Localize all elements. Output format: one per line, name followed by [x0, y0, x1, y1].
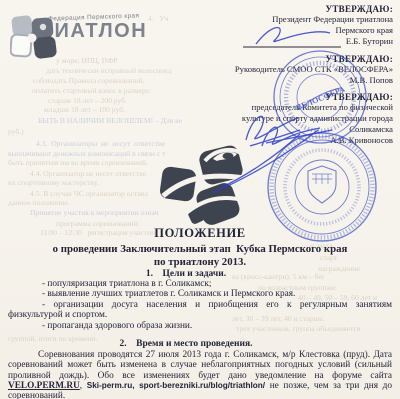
- bleed-text: соблюдать Правила соревнований,: [33, 76, 145, 85]
- bleed-text: оплатить стартовый взнос в размере:: [32, 86, 151, 95]
- list-item: - популяризация триатлона в г. Соликамск…: [8, 279, 392, 289]
- list-item: - пропаганда здорового образа жизни.: [8, 321, 392, 331]
- bleed-text: у море; НПЦ, ПФР: [56, 56, 117, 65]
- approve-label: УТВЕРЖДАЮ:: [143, 92, 393, 102]
- signer-name: Е.Б. Буторин: [143, 36, 393, 47]
- section-1-items: - популяризация триатлона в г. Соликамск…: [0, 279, 400, 331]
- approval-line: Пермского края: [143, 25, 393, 36]
- section-1-heading: 1. Цели и задачи.: [0, 269, 386, 279]
- bleed-text: 4.5. В случае ЧС организатор оставл: [30, 189, 148, 198]
- triathlon-emblem-icon: [155, 144, 257, 236]
- velo-perm-link: VELO.PERM.RU: [8, 381, 80, 391]
- bleed-text: их спортивному мастерству.: [8, 178, 99, 187]
- bleed-text: младше 18 лет – 100 руб.: [44, 105, 125, 114]
- federation-logo: [10, 12, 62, 71]
- list-item: - выявление лучших триатлетов г. Соликам…: [8, 289, 392, 299]
- approval-line: Соликамска: [143, 124, 393, 135]
- signer-name: М.В. Попов: [143, 75, 393, 86]
- logo-mark-icon: [10, 12, 62, 66]
- paragraph-text: Соревнования проводятся 27 июля 2013 год…: [8, 350, 392, 381]
- bleed-text: данное положение.: [8, 198, 70, 207]
- approval-line: культуре и спорту администрации города: [143, 113, 393, 124]
- title-line-1: ПОЛОЖЕНИЕ: [0, 226, 400, 241]
- bleed-text: выплачивают денежных компенсаций в связи…: [8, 149, 165, 158]
- approval-block-city-committee: УТВЕРЖДАЮ: председатель Комитета по физи…: [143, 92, 393, 146]
- other-sites-text: Ski-perm.ru, sport-berezniki.ru/blog/tri…: [87, 381, 265, 390]
- list-item: - организации досуга населения и приобще…: [8, 300, 392, 321]
- approval-block-president: УТВЕРЖДАЮ: Президент Федерации триатлона…: [143, 4, 393, 47]
- approve-label: УТВЕРЖДАЮ:: [143, 54, 393, 64]
- approval-block-velosfera: УТВЕРЖДАЮ: Руководитель СМОО СТК «ВЕЛОСФ…: [143, 54, 393, 86]
- approval-line: Руководитель СМОО СТК «ВЕЛОСФЕРА»: [143, 64, 393, 75]
- separator: ,: [80, 381, 87, 391]
- bleed-text: старше 18 лет – 200 руб.: [48, 96, 127, 105]
- bleed-text: руб.): [8, 127, 24, 136]
- bleed-text: Принятие участия в мероприятии означ: [30, 208, 158, 217]
- document-title: ПОЛОЖЕНИЕ о проведении Заключительный эт…: [0, 226, 400, 268]
- signer-name: А.В. Кривоносов: [143, 135, 393, 146]
- title-line-3: по триатлону 2013.: [0, 256, 400, 268]
- approvals-column: УТВЕРЖДАЮ: Президент Федерации триатлона…: [143, 4, 393, 153]
- approve-label: УТВЕРЖДАЮ:: [143, 4, 393, 14]
- bleed-text: 4.4. Организатор не несет ответстве: [30, 169, 146, 178]
- coat-of-arms-shield-icon: [308, 166, 336, 203]
- approval-line: Президент Федерации триатлона: [143, 14, 393, 25]
- section-2-paragraph: Соревнования проводятся 27 июля 2013 год…: [0, 350, 400, 399]
- scanned-document-page: 4. Учу море; НПЦ, ПФРдать технически исп…: [0, 0, 400, 399]
- section-2-heading: 2. Время и место проведения.: [0, 339, 386, 349]
- approval-line: председатель Комитета по физической: [143, 102, 393, 113]
- bleed-text: быть принятым им во время соревнований.: [8, 158, 148, 167]
- title-line-2: о проведении Заключительный этап Кубка П…: [0, 243, 400, 255]
